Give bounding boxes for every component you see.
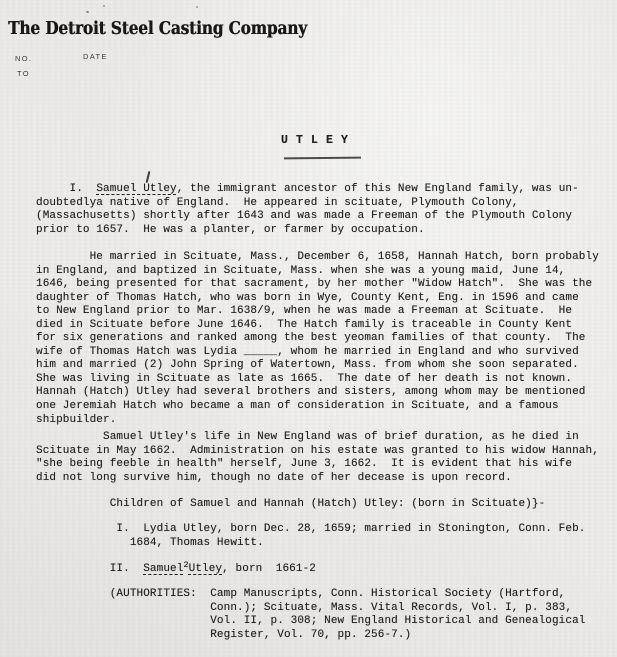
text-segment: , the immigrant ancestor of this New Eng…	[177, 183, 579, 195]
text-line: him and married (2) John Spring of Water…	[36, 359, 611, 373]
to-label: TO	[17, 69, 30, 78]
text-line: did not long survive him, though no date…	[36, 472, 611, 486]
scanned-document-page: The Detroit Steel Casting Company NO. DA…	[0, 0, 617, 657]
handwritten-mark	[146, 171, 151, 183]
text-line: Vol. II, p. 308; New England Historical …	[36, 615, 611, 629]
text-line: 1646, being presented for that sacrament…	[36, 278, 611, 292]
date-label: DATE	[83, 52, 108, 61]
text-line: Samuel Utley's life in New England was o…	[36, 431, 611, 445]
text-line: Conn.); Scituate, Mass. Vital Records, V…	[36, 602, 611, 616]
page-title: U T L E Y	[281, 134, 349, 147]
text-line: died in Scituate before June 1646. The H…	[36, 319, 611, 333]
child-entry-1: I. Lydia Utley, born Dec. 28, 1659; marr…	[36, 523, 611, 550]
text-line: 1684, Thomas Hewitt.	[36, 537, 611, 551]
authorities-note: (AUTHORITIES: Camp Manuscripts, Conn. Hi…	[36, 588, 611, 642]
text-line: shipbuilder.	[36, 414, 611, 428]
paragraph-2: He married in Scituate, Mass., December …	[36, 251, 611, 427]
text-line: II. Samuel2Utley, born 1661-2	[36, 563, 611, 577]
text-line: daughter of Thomas Hatch, who was born i…	[36, 292, 611, 306]
text-line: in England, and baptized in Scituate, Ma…	[36, 265, 611, 279]
text-line: "she being feeble in health" herself, Ju…	[36, 458, 611, 472]
text-line: I. Samuel Utley, the immigrant ancestor …	[36, 183, 611, 197]
paragraph-1: I. Samuel Utley, the immigrant ancestor …	[36, 183, 611, 237]
list-number: II.	[36, 563, 143, 575]
text-line: wife of Thomas Hatch was Lydia _____, wh…	[36, 346, 611, 360]
text-segment: , born 1661-2	[222, 563, 316, 575]
paper-speck	[196, 6, 198, 8]
underlined-name: Samuel Utley	[96, 183, 176, 195]
text-line: one Jeremiah Hatch who became a man of c…	[36, 400, 611, 414]
text-line: Children of Samuel and Hannah (Hatch) Ut…	[36, 498, 611, 512]
text-line: doubtedlya native of England. He appeare…	[36, 197, 611, 211]
underlined-name: Utley	[189, 563, 223, 575]
children-heading: Children of Samuel and Hannah (Hatch) Ut…	[36, 498, 611, 512]
child-entry-2: II. Samuel2Utley, born 1661-2	[36, 563, 611, 577]
paper-speck	[86, 11, 90, 14]
title-underline	[284, 157, 361, 159]
paragraph-3: Samuel Utley's life in New England was o…	[36, 431, 611, 485]
text-line: He married in Scituate, Mass., December …	[36, 251, 611, 265]
underlined-name: Samuel	[143, 563, 183, 575]
text-line: Hannah (Hatch) Utley had several brother…	[36, 386, 611, 400]
paper-speck	[103, 5, 105, 7]
text-line: Scituate in May 1662. Administration on …	[36, 445, 611, 459]
letterhead-logo: The Detroit Steel Casting Company	[8, 19, 307, 39]
text-line: to New England prior to Mar. 1638/9, whe…	[36, 305, 611, 319]
text-line: for six generations and ranked among the…	[36, 332, 611, 346]
text-line: She was living in Scituate as late as 16…	[36, 373, 611, 387]
document-body: I. Samuel Utley, the immigrant ancestor …	[36, 183, 611, 642]
text-line: I. Lydia Utley, born Dec. 28, 1659; marr…	[36, 523, 611, 537]
text-line: Register, Vol. 70, pp. 256-7.)	[36, 629, 611, 643]
no-label: NO.	[15, 54, 32, 63]
text-line: prior to 1657. He was a planter, or farm…	[36, 224, 611, 238]
generation-superscript: 2	[183, 560, 188, 570]
text-line: (Massachusetts) shortly after 1643 and w…	[36, 210, 611, 224]
text-line: (AUTHORITIES: Camp Manuscripts, Conn. Hi…	[36, 588, 611, 602]
list-number: I.	[36, 183, 96, 195]
